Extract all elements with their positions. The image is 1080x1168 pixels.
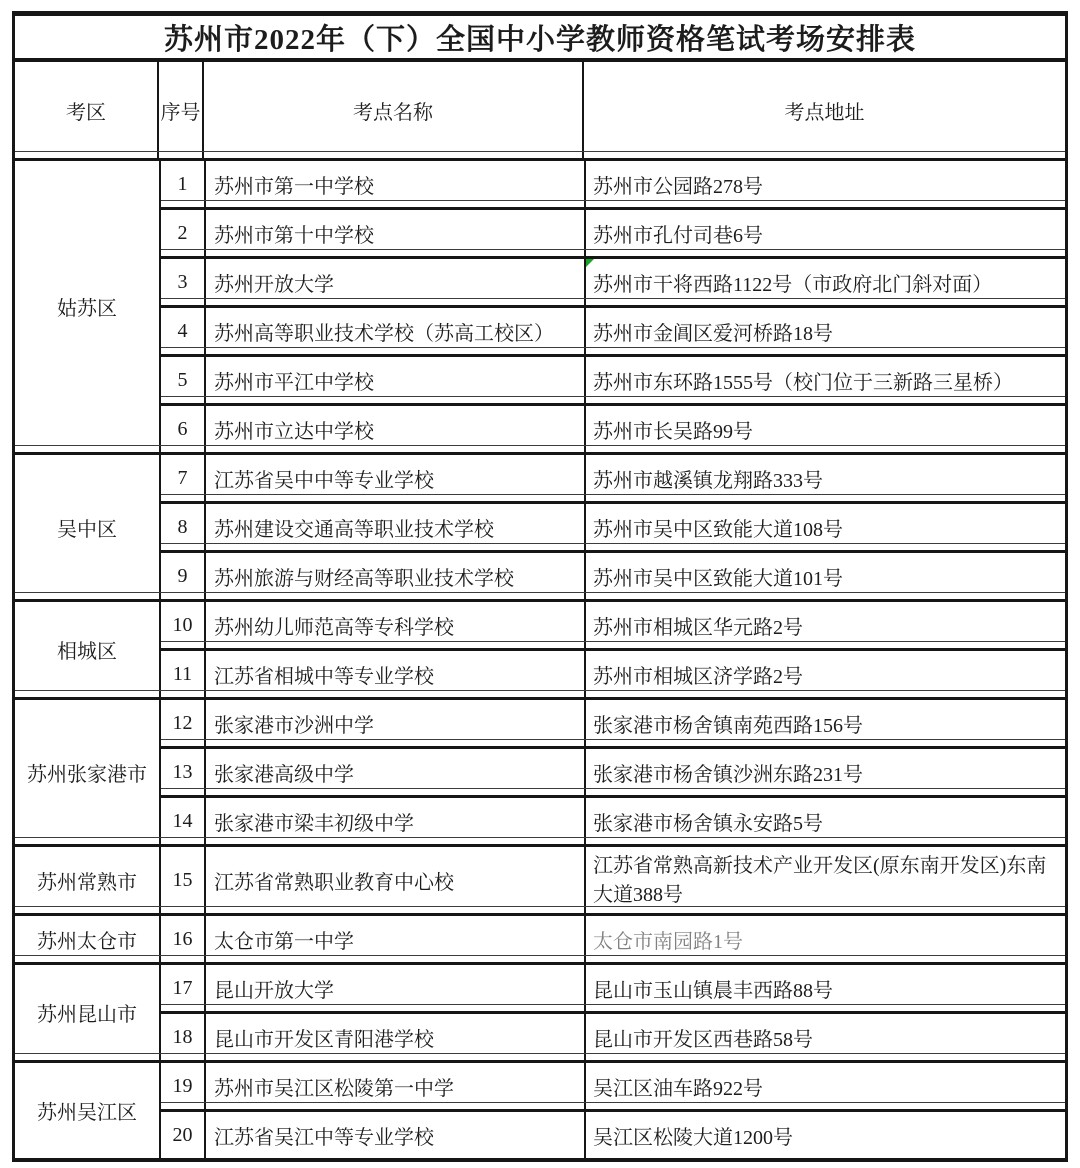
district-cell: 相城区 — [15, 602, 159, 697]
district-section-changshu: 苏州常熟市 15 江苏省常熟职业教育中心校 江苏省常熟高新技术产业开发区(原东南… — [15, 844, 1065, 913]
district-rows: 7 江苏省吴中中等专业学校 苏州市越溪镇龙翔路333号 8 苏州建设交通高等职业… — [159, 455, 1065, 599]
venue-address: 吴江区松陵大道1200号 — [586, 1112, 1065, 1158]
table-row: 15 江苏省常熟职业教育中心校 江苏省常熟高新技术产业开发区(原东南开发区)东南… — [161, 847, 1065, 913]
row-number: 15 — [161, 847, 206, 913]
table-header: 考区 序号 考点名称 考点地址 — [15, 62, 1065, 158]
page-title: 苏州市2022年（下）全国中小学教师资格笔试考场安排表 — [15, 16, 1065, 62]
district-section-gusu: 姑苏区 1 苏州市第一中学校 苏州市公园路278号 2 苏州市第十中学校 苏州市… — [15, 158, 1065, 452]
district-rows: 10 苏州幼儿师范高等专科学校 苏州市相城区华元路2号 11 江苏省相城中等专业… — [159, 602, 1065, 697]
header-district: 考区 — [15, 62, 159, 158]
district-section-zhangjiagang: 苏州张家港市 12 张家港市沙洲中学 张家港市杨舍镇南苑西路156号 13 张家… — [15, 697, 1065, 844]
district-section-kunshan: 苏州昆山市 17 昆山开放大学 昆山市玉山镇晨丰西路88号 18 昆山市开发区青… — [15, 962, 1065, 1060]
table-row: 20 江苏省吴江中等专业学校 吴江区松陵大道1200号 — [161, 1109, 1065, 1158]
district-cell: 苏州常熟市 — [15, 847, 159, 913]
district-cell: 姑苏区 — [15, 161, 159, 452]
row-number: 20 — [161, 1112, 206, 1158]
venue-name: 江苏省常熟职业教育中心校 — [206, 847, 586, 913]
cell-note-triangle-icon — [586, 259, 594, 267]
district-rows: 17 昆山开放大学 昆山市玉山镇晨丰西路88号 18 昆山市开发区青阳港学校 昆… — [159, 965, 1065, 1060]
header-no: 序号 — [159, 62, 204, 158]
district-section-wuzhong: 吴中区 7 江苏省吴中中等专业学校 苏州市越溪镇龙翔路333号 8 苏州建设交通… — [15, 452, 1065, 599]
table-frame: 苏州市2022年（下）全国中小学教师资格笔试考场安排表 考区 序号 考点名称 考… — [12, 11, 1068, 1162]
district-rows: 12 张家港市沙洲中学 张家港市杨舍镇南苑西路156号 13 张家港高级中学 张… — [159, 700, 1065, 844]
district-cell: 苏州昆山市 — [15, 965, 159, 1060]
exam-venue-sheet: { "title": "苏州市2022年（下）全国中小学教师资格笔试考场安排表"… — [0, 0, 1080, 1168]
district-cell: 苏州吴江区 — [15, 1063, 159, 1158]
district-rows: 19 苏州市吴江区松陵第一中学 吴江区油车路922号 20 江苏省吴江中等专业学… — [159, 1063, 1065, 1158]
district-rows: 15 江苏省常熟职业教育中心校 江苏省常熟高新技术产业开发区(原东南开发区)东南… — [159, 847, 1065, 913]
district-cell: 苏州张家港市 — [15, 700, 159, 844]
venue-address: 江苏省常熟高新技术产业开发区(原东南开发区)东南大道388号 — [586, 847, 1065, 913]
header-name: 考点名称 — [204, 62, 584, 158]
district-cell: 吴中区 — [15, 455, 159, 599]
venue-name: 江苏省吴江中等专业学校 — [206, 1112, 586, 1158]
district-section-wujiang: 苏州吴江区 19 苏州市吴江区松陵第一中学 吴江区油车路922号 20 江苏省吴… — [15, 1060, 1065, 1158]
district-section-xiangcheng: 相城区 10 苏州幼儿师范高等专科学校 苏州市相城区华元路2号 11 江苏省相城… — [15, 599, 1065, 697]
header-address: 考点地址 — [584, 62, 1065, 158]
district-rows: 1 苏州市第一中学校 苏州市公园路278号 2 苏州市第十中学校 苏州市孔付司巷… — [159, 161, 1065, 452]
